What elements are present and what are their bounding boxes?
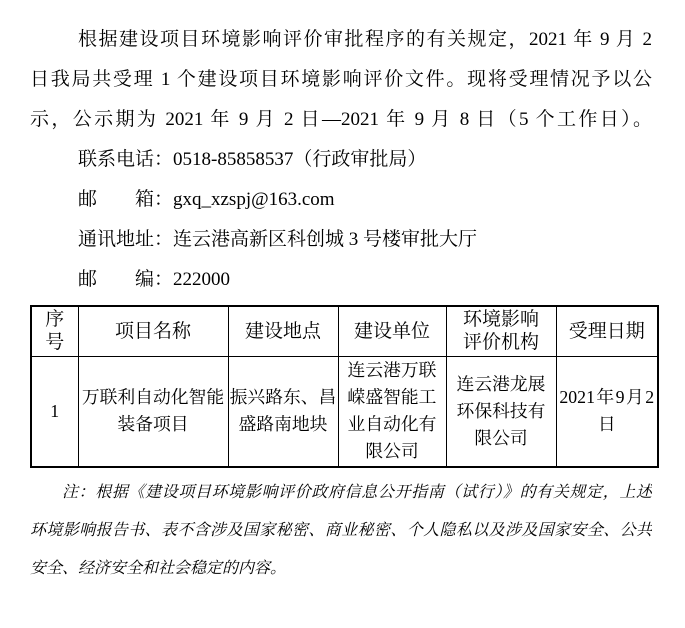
- intro-line-3: 示，公示期为 2021 年 9 月 2 日—2021 年 9 月 8 日（5 个…: [30, 100, 652, 140]
- header-project-name: 项目名称: [78, 306, 228, 356]
- header-accept-date: 受理日期: [556, 306, 658, 356]
- note-line-2: 环境影响报告书、表不含涉及国家秘密、商业秘密、个人隐私以及涉及国家安全、公共: [30, 512, 652, 550]
- cell-location: 振兴路东、昌盛路南地块: [228, 356, 338, 467]
- acceptance-table: 序号 项目名称 建设地点 建设单位 环境影响评价机构 受理日期 1 万联利自动化…: [30, 305, 659, 468]
- contact-postcode-line: 邮 编：222000: [30, 260, 652, 300]
- note-block: 注：根据《建设项目环境影响评价政府信息公开指南（试行）》的有关规定，上述 环境影…: [30, 474, 652, 588]
- intro-line-2: 日我局共受理 1 个建设项目环境影响评价文件。现将受理情况予以公: [30, 60, 652, 100]
- header-location: 建设地点: [228, 306, 338, 356]
- cell-builder: 连云港万联嵘盛智能工业自动化有限公司: [338, 356, 446, 467]
- header-builder: 建设单位: [338, 306, 446, 356]
- cell-project-name: 万联利自动化智能装备项目: [78, 356, 228, 467]
- header-eia-agency: 环境影响评价机构: [446, 306, 556, 356]
- intro-line-1: 根据建设项目环境影响评价审批程序的有关规定，2021 年 9 月 2: [30, 20, 652, 60]
- contact-block: 联系电话：0518-85858537（行政审批局） 邮 箱：gxq_xzspj@…: [30, 140, 652, 300]
- header-seq-no: 序号: [31, 306, 78, 356]
- note-line-1: 注：根据《建设项目环境影响评价政府信息公开指南（试行）》的有关规定，上述: [30, 474, 652, 512]
- document-page: 根据建设项目环境影响评价审批程序的有关规定，2021 年 9 月 2 日我局共受…: [0, 0, 685, 628]
- contact-address-line: 通讯地址：连云港高新区科创城 3 号楼审批大厅: [30, 220, 652, 260]
- note-line-3: 安全、经济安全和社会稳定的内容。: [30, 550, 652, 588]
- table-header-row: 序号 项目名称 建设地点 建设单位 环境影响评价机构 受理日期: [31, 306, 658, 356]
- contact-email-line: 邮 箱：gxq_xzspj@163.com: [30, 180, 652, 220]
- cell-seq-no: 1: [31, 356, 78, 467]
- intro-paragraph: 根据建设项目环境影响评价审批程序的有关规定，2021 年 9 月 2 日我局共受…: [30, 20, 652, 140]
- cell-accept-date: 2021 年 9 月 2 日: [556, 356, 658, 467]
- cell-eia-agency: 连云港龙展环保科技有限公司: [446, 356, 556, 467]
- contact-phone-line: 联系电话：0518-85858537（行政审批局）: [30, 140, 652, 180]
- table-row: 1 万联利自动化智能装备项目 振兴路东、昌盛路南地块 连云港万联嵘盛智能工业自动…: [31, 356, 658, 467]
